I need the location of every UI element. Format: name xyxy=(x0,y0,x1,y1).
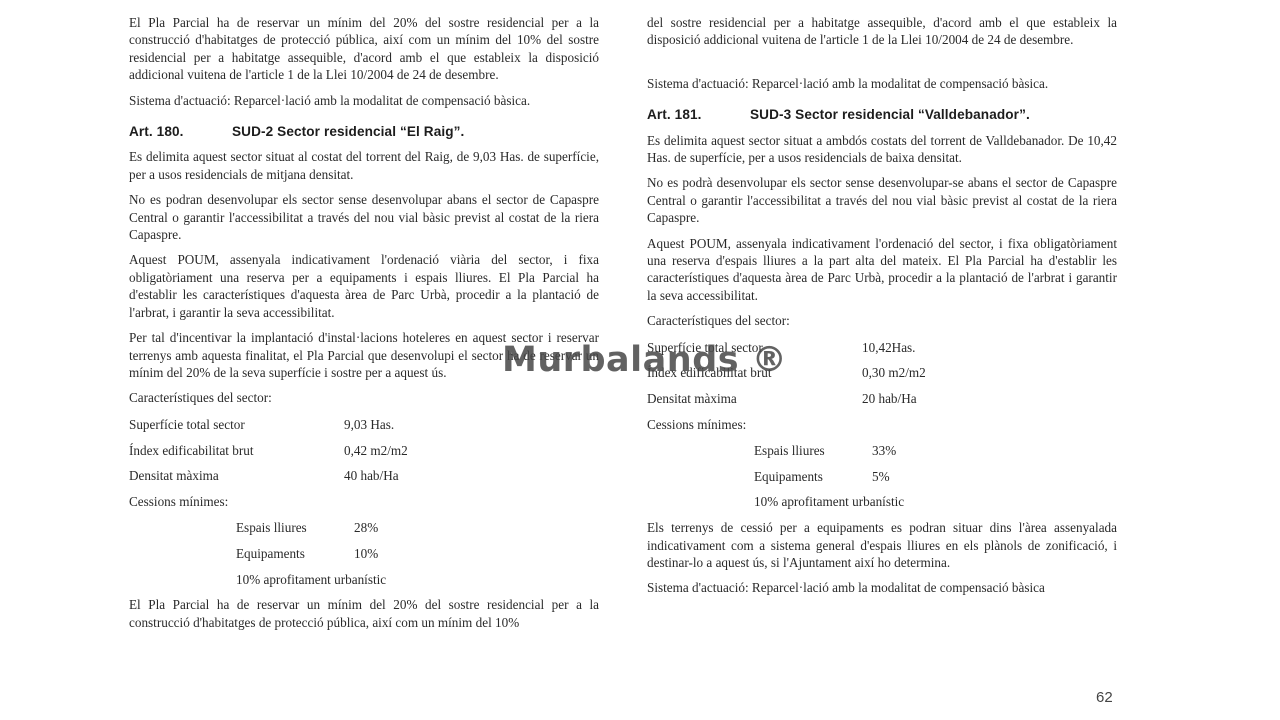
cession-note-text: 10% aprofitament urbanístic xyxy=(236,571,386,588)
cession-row: Espais lliures 33% xyxy=(754,442,1117,468)
characteristic-value: 9,03 Has. xyxy=(344,416,394,433)
intro-paragraph: El Pla Parcial ha de reservar un mínim d… xyxy=(129,14,599,84)
characteristic-value: 10,42Has. xyxy=(862,339,915,356)
article-180-heading: Art. 180. SUD-2 Sector residencial “El R… xyxy=(129,123,599,140)
page-number: 62 xyxy=(1096,689,1113,706)
continuation-paragraph: del sostre residencial per a habitatge a… xyxy=(647,14,1117,49)
continuation-system: Sistema d'actuació: Reparcel·lació amb l… xyxy=(647,75,1117,92)
cessions-list: Espais lliures 33% Equipaments 5% 10% ap… xyxy=(754,442,1117,519)
cession-label: Equipaments xyxy=(236,545,354,562)
cessions-label: Cessions mínimes: xyxy=(129,493,599,519)
cession-note: 10% aprofitament urbanístic xyxy=(236,571,599,597)
cessions-label-text: Cessions mínimes: xyxy=(129,493,228,510)
characteristic-row: Densitat màxima 40 hab/Ha xyxy=(129,467,599,493)
characteristic-row: Superfície total sector 9,03 Has. xyxy=(129,416,599,442)
intro-system: Sistema d'actuació: Reparcel·lació amb l… xyxy=(129,92,599,109)
characteristics-label: Característiques del sector: xyxy=(129,389,599,406)
article-title: SUD-3 Sector residencial “Valldebanador”… xyxy=(750,106,1030,123)
article-paragraph: Aquest POUM, assenyala indicativament l'… xyxy=(129,251,599,321)
cession-note: 10% aprofitament urbanístic xyxy=(754,493,1117,519)
article-paragraph: Es delimita aquest sector situat a ambdó… xyxy=(647,132,1117,167)
characteristics-list: Superfície total sector 9,03 Has. Índex … xyxy=(129,416,599,493)
characteristic-label: Superfície total sector xyxy=(129,416,344,433)
article-system: Sistema d'actuació: Reparcel·lació amb l… xyxy=(647,579,1117,596)
watermark: Murbalands ® xyxy=(502,340,787,380)
cession-row: Equipaments 10% xyxy=(236,545,599,571)
cession-value: 5% xyxy=(872,468,890,485)
cession-value: 33% xyxy=(872,442,896,459)
cession-label: Espais lliures xyxy=(754,442,872,459)
article-paragraph: No es podran desenvolupar els sector sen… xyxy=(129,191,599,243)
closing-paragraph: Els terrenys de cessió per a equipaments… xyxy=(647,519,1117,571)
characteristic-value: 20 hab/Ha xyxy=(862,390,917,407)
cession-row: Equipaments 5% xyxy=(754,468,1117,494)
characteristic-value: 40 hab/Ha xyxy=(344,467,399,484)
characteristic-value: 0,42 m2/m2 xyxy=(344,442,408,459)
article-number: Art. 181. xyxy=(647,106,750,123)
cession-value: 10% xyxy=(354,545,378,562)
cession-label: Equipaments xyxy=(754,468,872,485)
cession-note-text: 10% aprofitament urbanístic xyxy=(754,493,904,510)
article-paragraph: Es delimita aquest sector situat al cost… xyxy=(129,148,599,183)
closing-paragraph: El Pla Parcial ha de reservar un mínim d… xyxy=(129,596,599,631)
cession-label: Espais lliures xyxy=(236,519,354,536)
characteristic-value: 0,30 m2/m2 xyxy=(862,364,926,381)
article-title: SUD-2 Sector residencial “El Raig”. xyxy=(232,123,464,140)
cessions-list: Espais lliures 28% Equipaments 10% 10% a… xyxy=(236,519,599,596)
cessions-label: Cessions mínimes: xyxy=(647,416,1117,442)
characteristics-label: Característiques del sector: xyxy=(647,312,1117,329)
article-paragraph: Aquest POUM, assenyala indicativament l'… xyxy=(647,235,1117,305)
article-paragraph: No es podrà desenvolupar els sector sens… xyxy=(647,174,1117,226)
right-column: del sostre residencial per a habitatge a… xyxy=(647,14,1117,605)
characteristic-label: Índex edificabilitat brut xyxy=(129,442,344,459)
characteristic-row: Índex edificabilitat brut 0,42 m2/m2 xyxy=(129,442,599,468)
characteristic-label: Densitat màxima xyxy=(129,467,344,484)
article-number: Art. 180. xyxy=(129,123,232,140)
article-181-heading: Art. 181. SUD-3 Sector residencial “Vall… xyxy=(647,106,1117,123)
cessions-label-text: Cessions mínimes: xyxy=(647,416,746,433)
cession-row: Espais lliures 28% xyxy=(236,519,599,545)
left-column: El Pla Parcial ha de reservar un mínim d… xyxy=(129,14,599,639)
characteristic-row: Densitat màxima 20 hab/Ha xyxy=(647,390,1117,416)
characteristic-label: Densitat màxima xyxy=(647,390,862,407)
cession-value: 28% xyxy=(354,519,378,536)
